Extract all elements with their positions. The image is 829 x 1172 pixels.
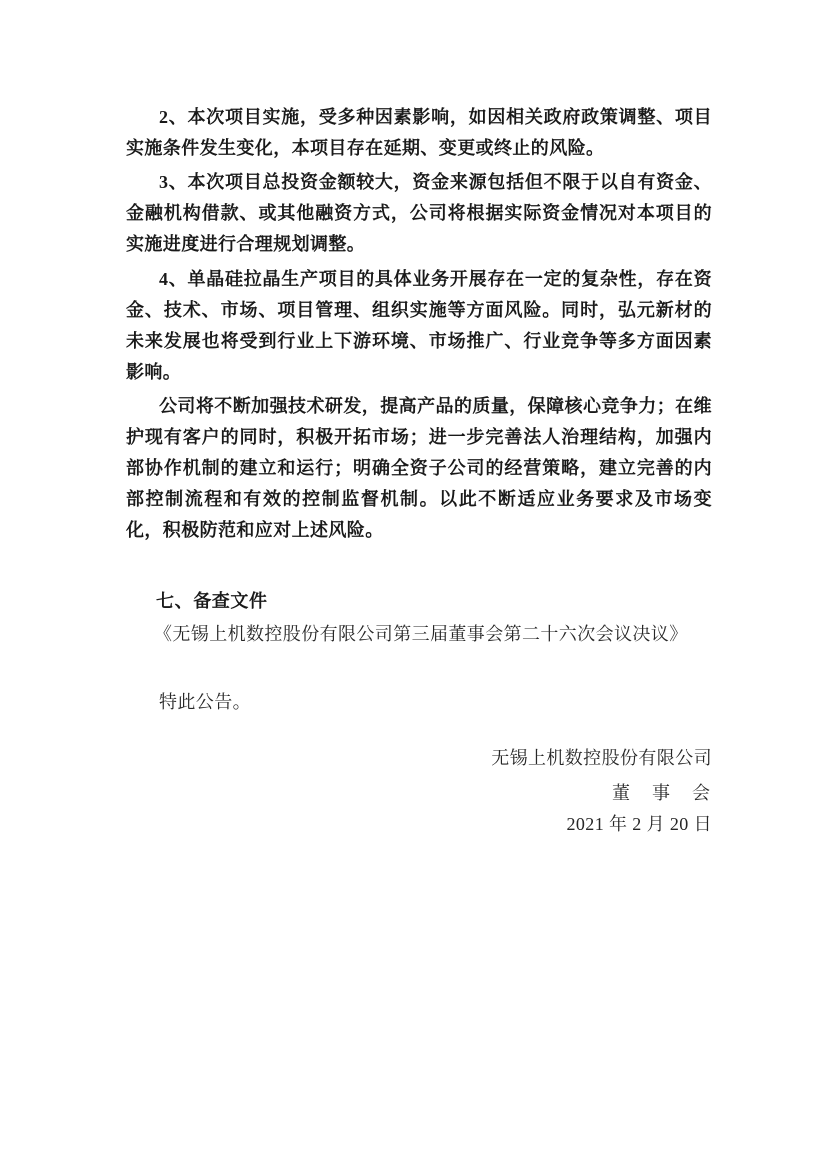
signature-date: 2021 年 2 月 20 日 — [126, 809, 712, 840]
signature-block: 无锡上机数控股份有限公司 董 事 会 2021 年 2 月 20 日 — [126, 743, 712, 840]
reference-document-title: 《无锡上机数控股份有限公司第三届董事会第二十六次会议决议》 — [126, 619, 712, 650]
closing-statement: 特此公告。 — [126, 687, 712, 718]
paragraph-risk-4: 4、单晶硅拉晶生产项目的具体业务开展存在一定的复杂性，存在资金、技术、市场、项目… — [126, 264, 712, 388]
paragraph-risk-2: 2、本次项目实施，受多种因素影响，如因相关政府政策调整、项目实施条件发生变化，本… — [126, 102, 712, 164]
signature-board-of-directors: 董 事 会 — [126, 778, 712, 809]
paragraph-risk-3: 3、本次项目总投资金额较大，资金来源包括但不限于以自有资金、金融机构借款、或其他… — [126, 167, 712, 260]
paragraph-risk-response: 公司将不断加强技术研发，提高产品的质量，保障核心竞争力；在维护现有客户的同时，积… — [126, 391, 712, 546]
document-page: 2、本次项目实施，受多种因素影响，如因相关政府政策调整、项目实施条件发生变化，本… — [0, 0, 829, 1172]
section-heading-reference-documents: 七、备查文件 — [126, 586, 712, 617]
document-content: 2、本次项目实施，受多种因素影响，如因相关政府政策调整、项目实施条件发生变化，本… — [126, 102, 712, 840]
signature-company-name: 无锡上机数控股份有限公司 — [126, 743, 712, 774]
